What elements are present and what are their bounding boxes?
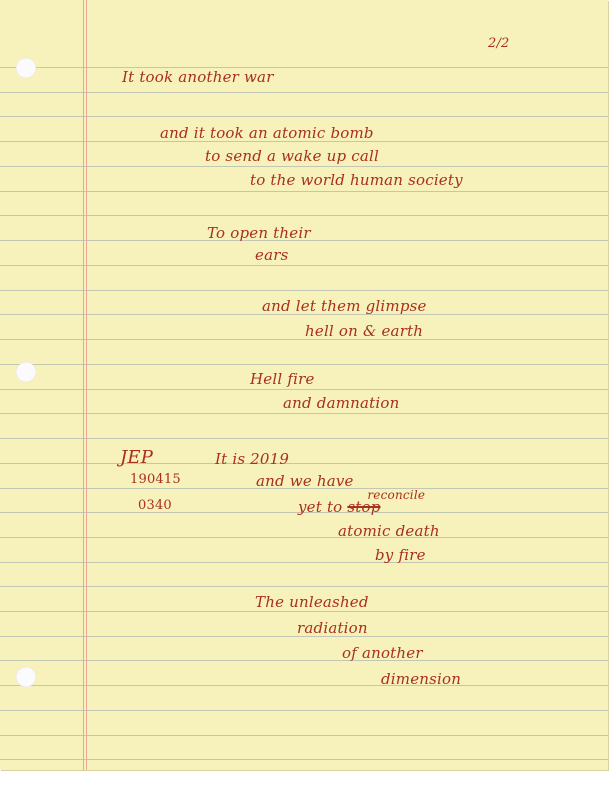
signature-date: 190415 <box>130 472 181 487</box>
signature-initials: JEP <box>120 447 153 468</box>
rule-line <box>0 586 608 587</box>
poem-line: and let them glimpse <box>262 297 427 315</box>
poem-line: The unleashed <box>255 593 369 611</box>
inserted-word: reconcile <box>367 488 425 502</box>
binder-hole-bottom <box>16 667 36 687</box>
notebook-paper: 2/2 It took another war and it took an a… <box>0 0 608 770</box>
signature-time: 0340 <box>138 498 172 513</box>
rule-line <box>0 735 608 736</box>
rule-line <box>0 660 608 661</box>
poem-line: of another <box>342 644 423 662</box>
rule-line <box>0 265 608 266</box>
rule-line <box>0 685 608 686</box>
rule-line <box>0 191 608 192</box>
poem-line: It took another war <box>122 68 274 86</box>
poem-line: and we have <box>256 472 354 490</box>
poem-line: by fire <box>375 546 426 564</box>
page-number: 2/2 <box>488 36 510 51</box>
poem-line: and it took an atomic bomb <box>160 124 374 142</box>
poem-line: and damnation <box>283 394 399 412</box>
poem-line: atomic death <box>338 522 440 540</box>
rule-line <box>0 611 608 612</box>
rule-line <box>0 537 608 538</box>
poem-line: to send a wake up call <box>205 147 379 165</box>
rule-line <box>0 438 608 439</box>
poem-line: radiation <box>297 619 368 637</box>
rule-line <box>0 339 608 340</box>
poem-line-with-correction: yet to stop reconcile <box>298 498 381 516</box>
binder-hole-top <box>16 58 36 78</box>
rule-line <box>0 759 608 760</box>
rule-line <box>0 413 608 414</box>
rule-line <box>0 92 608 93</box>
rule-line <box>0 710 608 711</box>
rule-line <box>0 290 608 291</box>
poem-line: To open their <box>207 224 311 242</box>
rule-line <box>0 166 608 167</box>
rule-line <box>0 364 608 365</box>
rule-line <box>0 389 608 390</box>
poem-line: Hell fire <box>250 370 315 388</box>
binder-hole-middle <box>16 362 36 382</box>
rule-line <box>0 67 608 68</box>
rule-line <box>0 562 608 563</box>
rule-line <box>0 116 608 117</box>
margin-line <box>86 0 87 770</box>
poem-line: hell on & earth <box>305 322 423 340</box>
poem-line: dimension <box>381 670 461 688</box>
margin-line <box>83 0 84 770</box>
poem-line: ears <box>255 246 289 264</box>
poem-line: It is 2019 <box>215 450 289 468</box>
rule-line <box>0 463 608 464</box>
rule-line <box>0 215 608 216</box>
poem-line: to the world human society <box>250 171 463 189</box>
poem-text: yet to <box>298 498 342 516</box>
